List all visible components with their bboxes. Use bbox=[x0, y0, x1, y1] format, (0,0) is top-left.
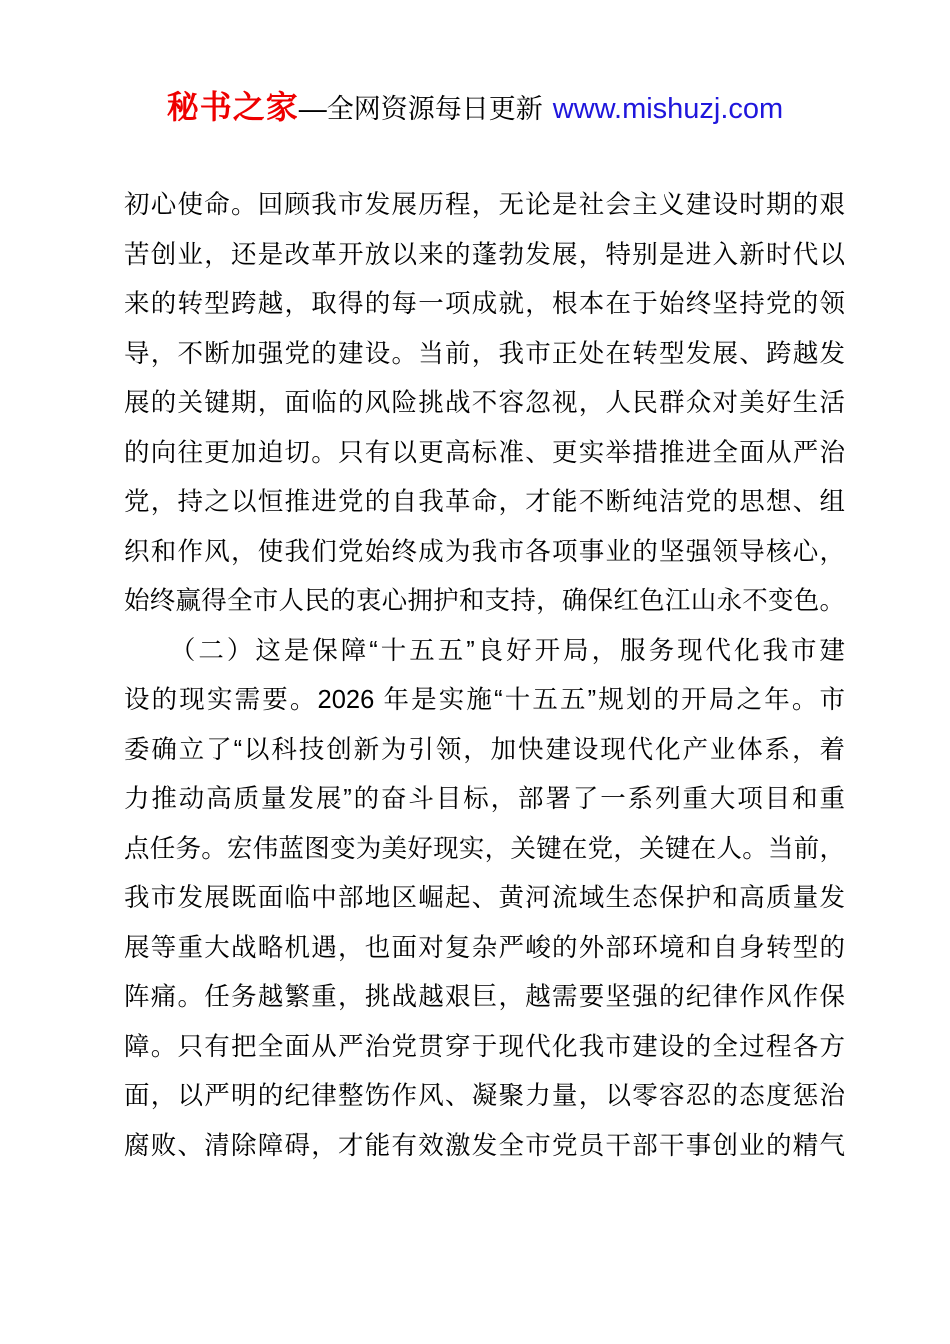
text-line: 腐败、清除障碍，才能有效激发全市党员干部干事创业的精气 bbox=[124, 1122, 845, 1172]
site-header: 秘书之家—全网资源每日更新www.mishuzj.com bbox=[0, 82, 950, 128]
site-brand: 秘书之家 bbox=[167, 89, 299, 125]
text-line: 展等重大战略机遇，也面对复杂严峻的外部环境和自身转型的 bbox=[124, 924, 845, 974]
paragraph: 初心使命。回顾我市发展历程，无论是社会主义建设时期的艰苦创业，还是改革开放以来的… bbox=[124, 181, 845, 627]
document-body: 初心使命。回顾我市发展历程，无论是社会主义建设时期的艰苦创业，还是改革开放以来的… bbox=[124, 181, 845, 1171]
document-page: 秘书之家—全网资源每日更新www.mishuzj.com 初心使命。回顾我市发展… bbox=[0, 0, 950, 1344]
text-line: 展的关键期，面临的风险挑战不容忽视，人民群众对美好生活 bbox=[124, 379, 845, 429]
header-dash: — bbox=[299, 93, 327, 124]
text-line: 党，持之以恒推进党的自我革命，才能不断纯洁党的思想、组 bbox=[124, 478, 845, 528]
text-line: 来的转型跨越，取得的每一项成就，根本在于始终坚持党的领 bbox=[124, 280, 845, 330]
text-line: 苦创业，还是改革开放以来的蓬勃发展，特别是进入新时代以 bbox=[124, 231, 845, 281]
paragraph: （二）这是保障“十五五”良好开局，服务现代化我市建设的现实需要。2026 年是实… bbox=[124, 627, 845, 1172]
text-line: 障。只有把全面从严治党贯穿于现代化我市建设的全过程各方 bbox=[124, 1023, 845, 1073]
text-line: 委确立了“以科技创新为引领，加快建设现代化产业体系，着 bbox=[124, 726, 845, 776]
text-line: 力推动高质量发展”的奋斗目标，部署了一系列重大项目和重 bbox=[124, 775, 845, 825]
text-line: 我市发展既面临中部地区崛起、黄河流域生态保护和高质量发 bbox=[124, 874, 845, 924]
text-line: 点任务。宏伟蓝图变为美好现实，关键在党，关键在人。当前， bbox=[124, 825, 845, 875]
text-line: 设的现实需要。2026 年是实施“十五五”规划的开局之年。市 bbox=[124, 676, 845, 726]
text-line: 始终赢得全市人民的衷心拥护和支持，确保红色江山永不变色。 bbox=[124, 577, 845, 627]
site-tagline: 全网资源每日更新 bbox=[327, 94, 543, 124]
text-line: 初心使命。回顾我市发展历程，无论是社会主义建设时期的艰 bbox=[124, 181, 845, 231]
text-line: 导，不断加强党的建设。当前，我市正处在转型发展、跨越发 bbox=[124, 330, 845, 380]
text-line: （二）这是保障“十五五”良好开局，服务现代化我市建 bbox=[124, 627, 845, 677]
text-line: 的向往更加迫切。只有以更高标准、更实举措推进全面从严治 bbox=[124, 429, 845, 479]
text-line: 面，以严明的纪律整饬作风、凝聚力量，以零容忍的态度惩治 bbox=[124, 1072, 845, 1122]
text-line: 织和作风，使我们党始终成为我市各项事业的坚强领导核心， bbox=[124, 528, 845, 578]
site-url-link[interactable]: www.mishuzj.com bbox=[553, 93, 783, 125]
text-line: 阵痛。任务越繁重，挑战越艰巨，越需要坚强的纪律作风作保 bbox=[124, 973, 845, 1023]
